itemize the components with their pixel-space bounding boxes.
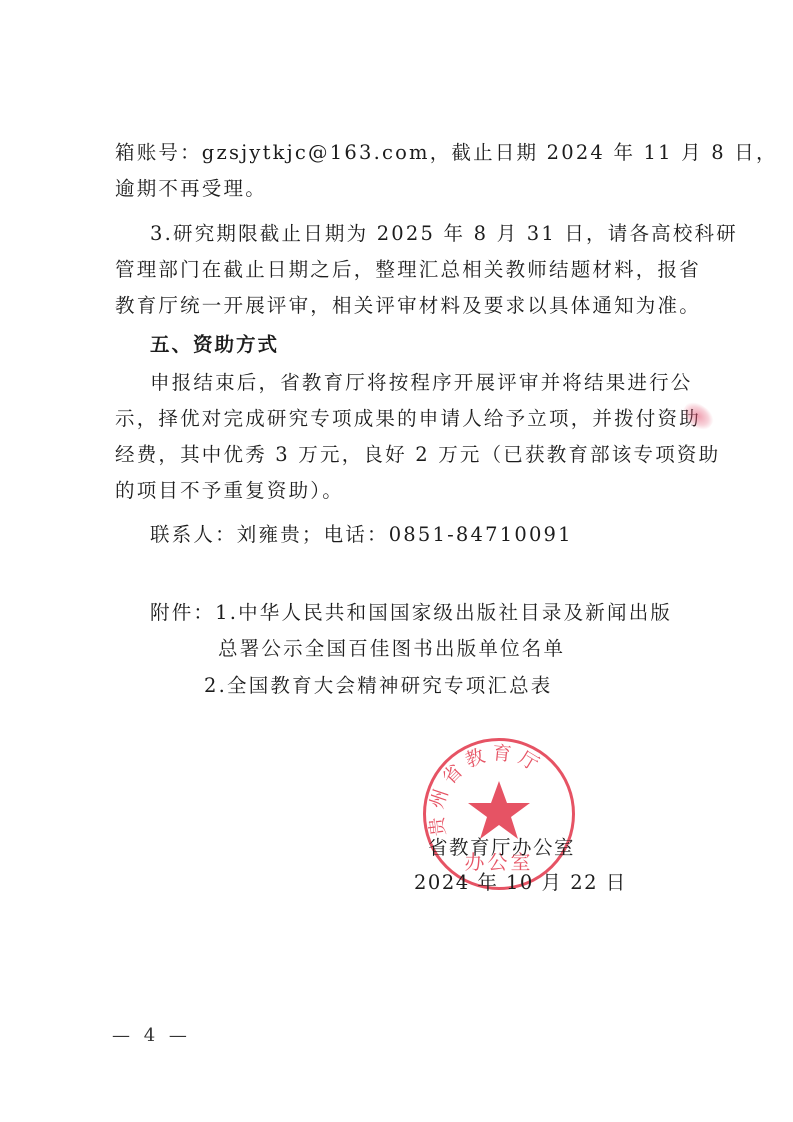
attachment-item-1-continued: 总署公示全国百佳图书出版单位名单 — [218, 636, 565, 662]
page-number: — 4 — — [112, 1025, 191, 1047]
section-heading-funding: 五、资助方式 — [150, 332, 279, 358]
overdue-line: 逾期不再受理。 — [115, 176, 267, 202]
research-period-line-2: 管理部门在截止日期之后，整理汇总相关教师结题材料，报省 — [115, 257, 701, 283]
research-period-line-1: 3.研究期限截止日期为 2025 年 8 月 31 日，请各高校科研 — [150, 221, 738, 247]
attachment-item-2: 2.全国教育大会精神研究专项汇总表 — [204, 673, 553, 699]
signature-date: 2024 年 10 月 22 日 — [414, 870, 627, 896]
funding-paragraph-line-3: 经费，其中优秀 3 万元，良好 2 万元（已获教育部该专项资助 — [115, 442, 720, 468]
funding-paragraph-line-2: 示，择优对完成研究专项成果的申请人给予立项，并拨付资助 — [115, 406, 701, 432]
funding-paragraph-line-4: 的项目不予重复资助）。 — [115, 478, 344, 504]
funding-paragraph-line-1: 申报结束后，省教育厅将按程序开展评审并将结果进行公 — [150, 370, 693, 396]
seal-graphic: 贵州省教育厅 办公室 — [426, 741, 572, 887]
research-period-line-3: 教育厅统一开展评审，相关评审材料及要求以具体通知为准。 — [115, 293, 701, 319]
signature-org: 省教育厅办公室 — [428, 835, 575, 861]
attachment-item-1: 附件：1.中华人民共和国国家级出版社目录及新闻出版 — [150, 600, 672, 626]
star-icon — [468, 781, 530, 839]
contact-line: 联系人：刘雍贵；电话：0851-84710091 — [150, 522, 573, 548]
official-seal: 贵州省教育厅 办公室 — [423, 738, 575, 890]
email-deadline-line: 箱账号：gzsjytkjc@163.com，截止日期 2024 年 11 月 8… — [115, 140, 778, 166]
